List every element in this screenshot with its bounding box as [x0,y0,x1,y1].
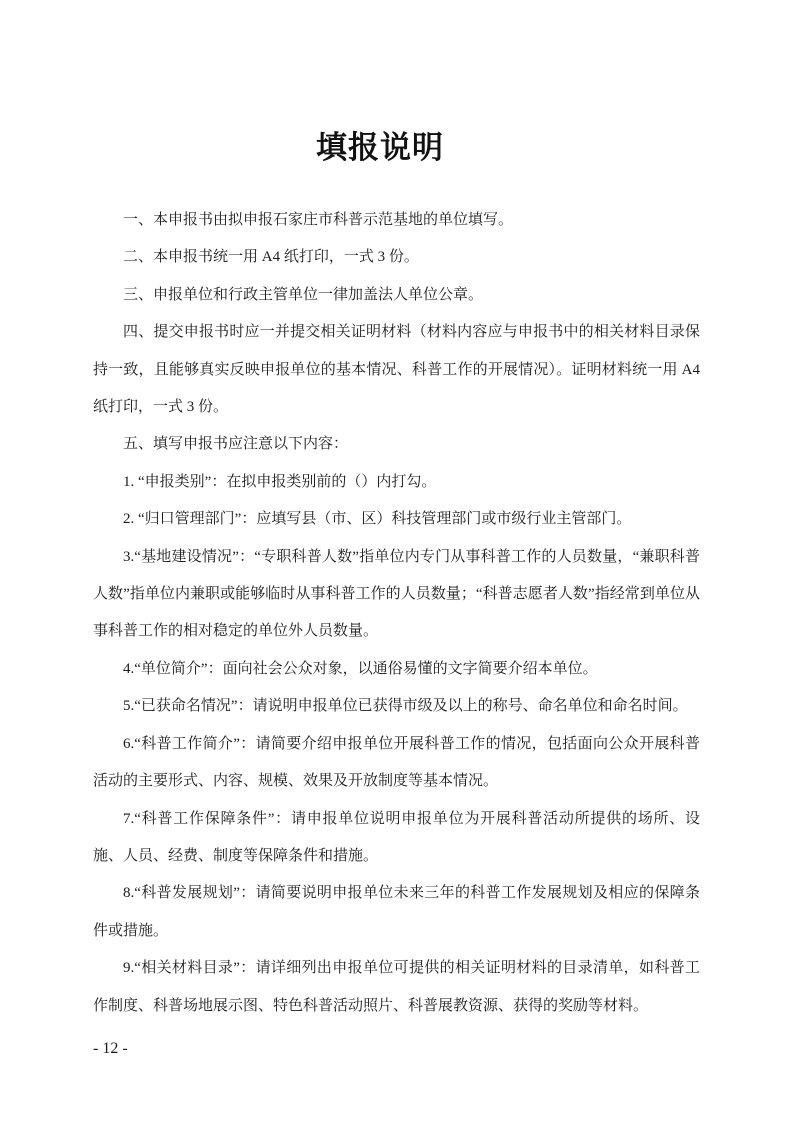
page-number: - 12 - [93,1038,128,1060]
list-item-8: 8.“科普发展规划”：请简要说明申报单位未来三年的科普工作发展规划及相应的保障条… [93,875,700,950]
page-title: 填报说明 [0,132,760,164]
paragraph-3: 三、申报单位和行政主管单位一律加盖法人单位公章。 [93,277,700,314]
list-item-9: 9.“相关材料目录”：请详细列出申报单位可提供的相关证明材料的目录清单，如科普工… [93,950,700,1025]
paragraph-2: 二、本申报书统一用 A4 纸打印，一式 3 份。 [93,239,700,276]
paragraph-1: 一、本申报书由拟申报石家庄市科普示范基地的单位填写。 [93,202,700,239]
list-item-3: 3.“基地建设情况”：“专职科普人数”指单位内专门从事科普工作的人员数量，“兼职… [93,539,700,651]
list-item-7: 7.“科普工作保障条件”：请申报单位说明申报单位为开展科普活动所提供的场所、设施… [93,801,700,876]
list-item-6: 6.“科普工作简介”：请简要介绍申报单位开展科普工作的情况，包括面向公众开展科普… [93,726,700,801]
paragraph-4: 四、提交申报书时应一并提交相关证明材料（材料内容应与申报书中的相关材料目录保持一… [93,314,700,426]
list-item-4: 4.“单位简介”：面向社会公众对象，以通俗易懂的文字简要介绍本单位。 [93,651,700,688]
paragraph-5: 五、填写申报书应注意以下内容： [93,426,700,463]
list-item-1: 1. “申报类别”：在拟申报类别前的（）内打勾。 [93,464,700,501]
list-item-2: 2. “归口管理部门”：应填写县（市、区）科技管理部门或市级行业主管部门。 [93,501,700,538]
list-item-5: 5.“已获命名情况”：请说明申报单位已获得市级及以上的称号、命名单位和命名时间。 [93,688,700,725]
document-page: 填报说明 一、本申报书由拟申报石家庄市科普示范基地的单位填写。 二、本申报书统一… [0,0,793,1122]
document-body: 一、本申报书由拟申报石家庄市科普示范基地的单位填写。 二、本申报书统一用 A4 … [93,202,700,1025]
